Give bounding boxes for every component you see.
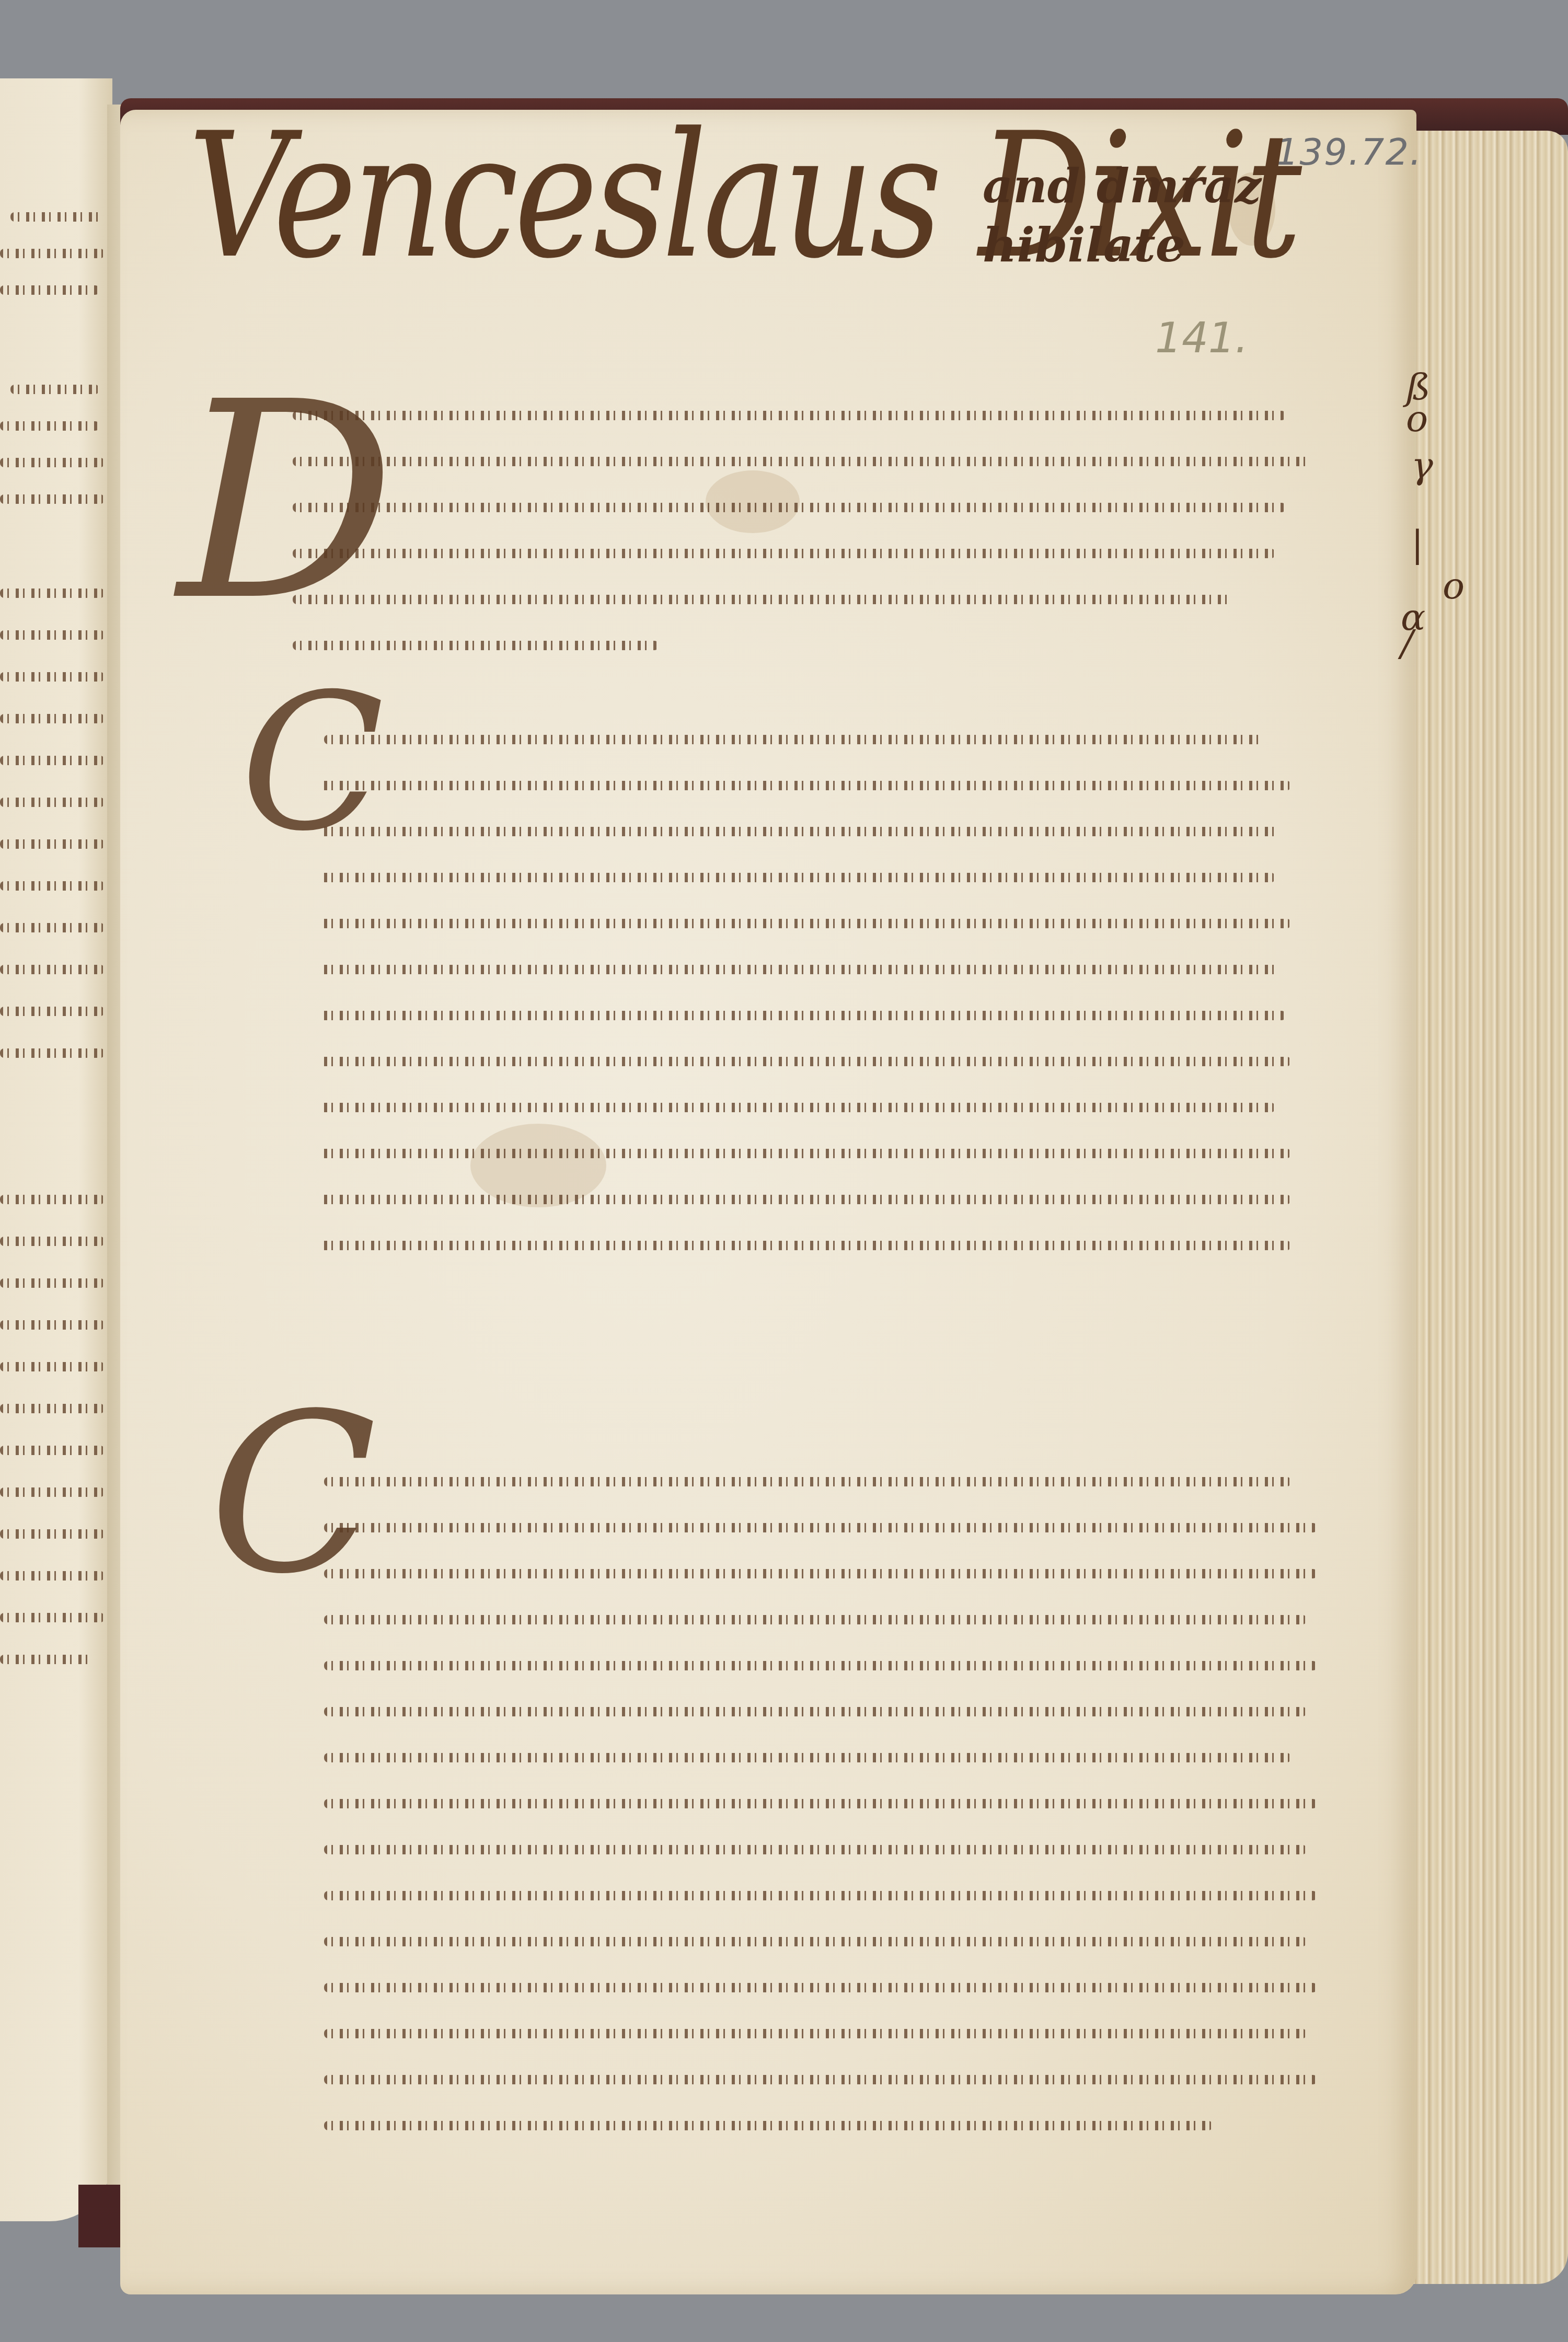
script-line bbox=[0, 225, 110, 261]
script-line bbox=[324, 1775, 1317, 1821]
script-line bbox=[0, 361, 110, 397]
margin-mark: / bbox=[1401, 622, 1413, 665]
script-line bbox=[0, 941, 110, 983]
script-line bbox=[0, 507, 110, 564]
script-line bbox=[0, 1171, 110, 1213]
script-line bbox=[324, 2005, 1317, 2051]
script-line bbox=[0, 1631, 110, 1672]
script-line bbox=[0, 1296, 110, 1338]
script-line bbox=[293, 617, 1312, 663]
script-line bbox=[0, 774, 110, 815]
script-line bbox=[324, 1867, 1317, 1913]
margin-mark: | bbox=[1411, 523, 1424, 566]
script-line bbox=[324, 1171, 1307, 1217]
script-line bbox=[0, 732, 110, 774]
script-line bbox=[0, 564, 110, 606]
script-line bbox=[0, 857, 110, 899]
script-line bbox=[0, 606, 110, 648]
script-line bbox=[324, 2097, 1317, 2143]
script-line bbox=[324, 1217, 1307, 1263]
script-line bbox=[0, 1589, 110, 1631]
margin-mark: γ bbox=[1411, 444, 1433, 487]
script-line bbox=[0, 1213, 110, 1254]
script-line bbox=[324, 849, 1307, 895]
script-line bbox=[293, 479, 1312, 525]
paragraph-2 bbox=[324, 711, 1307, 1263]
paragraph-3 bbox=[324, 1453, 1317, 2143]
script-line bbox=[324, 895, 1307, 941]
script-line bbox=[324, 1683, 1317, 1729]
side-heading: and dmraz hibilate bbox=[983, 157, 1261, 274]
script-line bbox=[324, 1499, 1317, 1545]
ink-foliation-number: 141. bbox=[1155, 314, 1248, 362]
script-line bbox=[0, 1422, 110, 1463]
script-line bbox=[0, 690, 110, 732]
script-line bbox=[0, 397, 110, 434]
script-line bbox=[293, 525, 1312, 571]
script-line bbox=[0, 983, 110, 1024]
script-line bbox=[0, 1463, 110, 1505]
script-line bbox=[0, 899, 110, 941]
script-line bbox=[324, 1453, 1317, 1499]
margin-mark: o bbox=[1443, 564, 1465, 607]
script-line bbox=[324, 1125, 1307, 1171]
script-line bbox=[324, 1959, 1317, 2005]
script-line bbox=[324, 1913, 1317, 1959]
margin-mark: o bbox=[1406, 397, 1428, 440]
script-line bbox=[0, 188, 110, 225]
script-line bbox=[293, 433, 1312, 479]
script-line bbox=[324, 1637, 1317, 1683]
script-line bbox=[0, 1066, 110, 1171]
script-line bbox=[324, 1591, 1317, 1637]
script-line bbox=[324, 1729, 1317, 1775]
script-line bbox=[324, 1079, 1307, 1125]
script-line bbox=[0, 1254, 110, 1296]
script-line bbox=[324, 987, 1307, 1033]
script-line bbox=[0, 1024, 110, 1066]
script-line bbox=[324, 803, 1307, 849]
script-line bbox=[0, 648, 110, 690]
script-line bbox=[324, 941, 1307, 987]
script-line bbox=[0, 298, 110, 361]
script-line bbox=[0, 1338, 110, 1380]
script-line bbox=[0, 261, 110, 298]
script-line bbox=[0, 470, 110, 507]
script-line bbox=[324, 1821, 1317, 1867]
script-line bbox=[0, 1380, 110, 1422]
script-line bbox=[293, 387, 1312, 433]
side-heading-line: and dmraz bbox=[983, 157, 1261, 216]
paragraph-1 bbox=[293, 387, 1312, 663]
script-line bbox=[324, 1545, 1317, 1591]
script-line bbox=[0, 815, 110, 857]
script-line bbox=[0, 1547, 110, 1589]
left-page-text bbox=[0, 188, 110, 1672]
script-line bbox=[293, 571, 1312, 617]
script-line bbox=[0, 1505, 110, 1547]
script-line bbox=[324, 711, 1307, 757]
script-line bbox=[324, 757, 1307, 803]
script-line bbox=[324, 2051, 1317, 2097]
script-line bbox=[324, 1033, 1307, 1079]
side-heading-line: hibilate bbox=[983, 216, 1261, 275]
script-line bbox=[0, 434, 110, 470]
